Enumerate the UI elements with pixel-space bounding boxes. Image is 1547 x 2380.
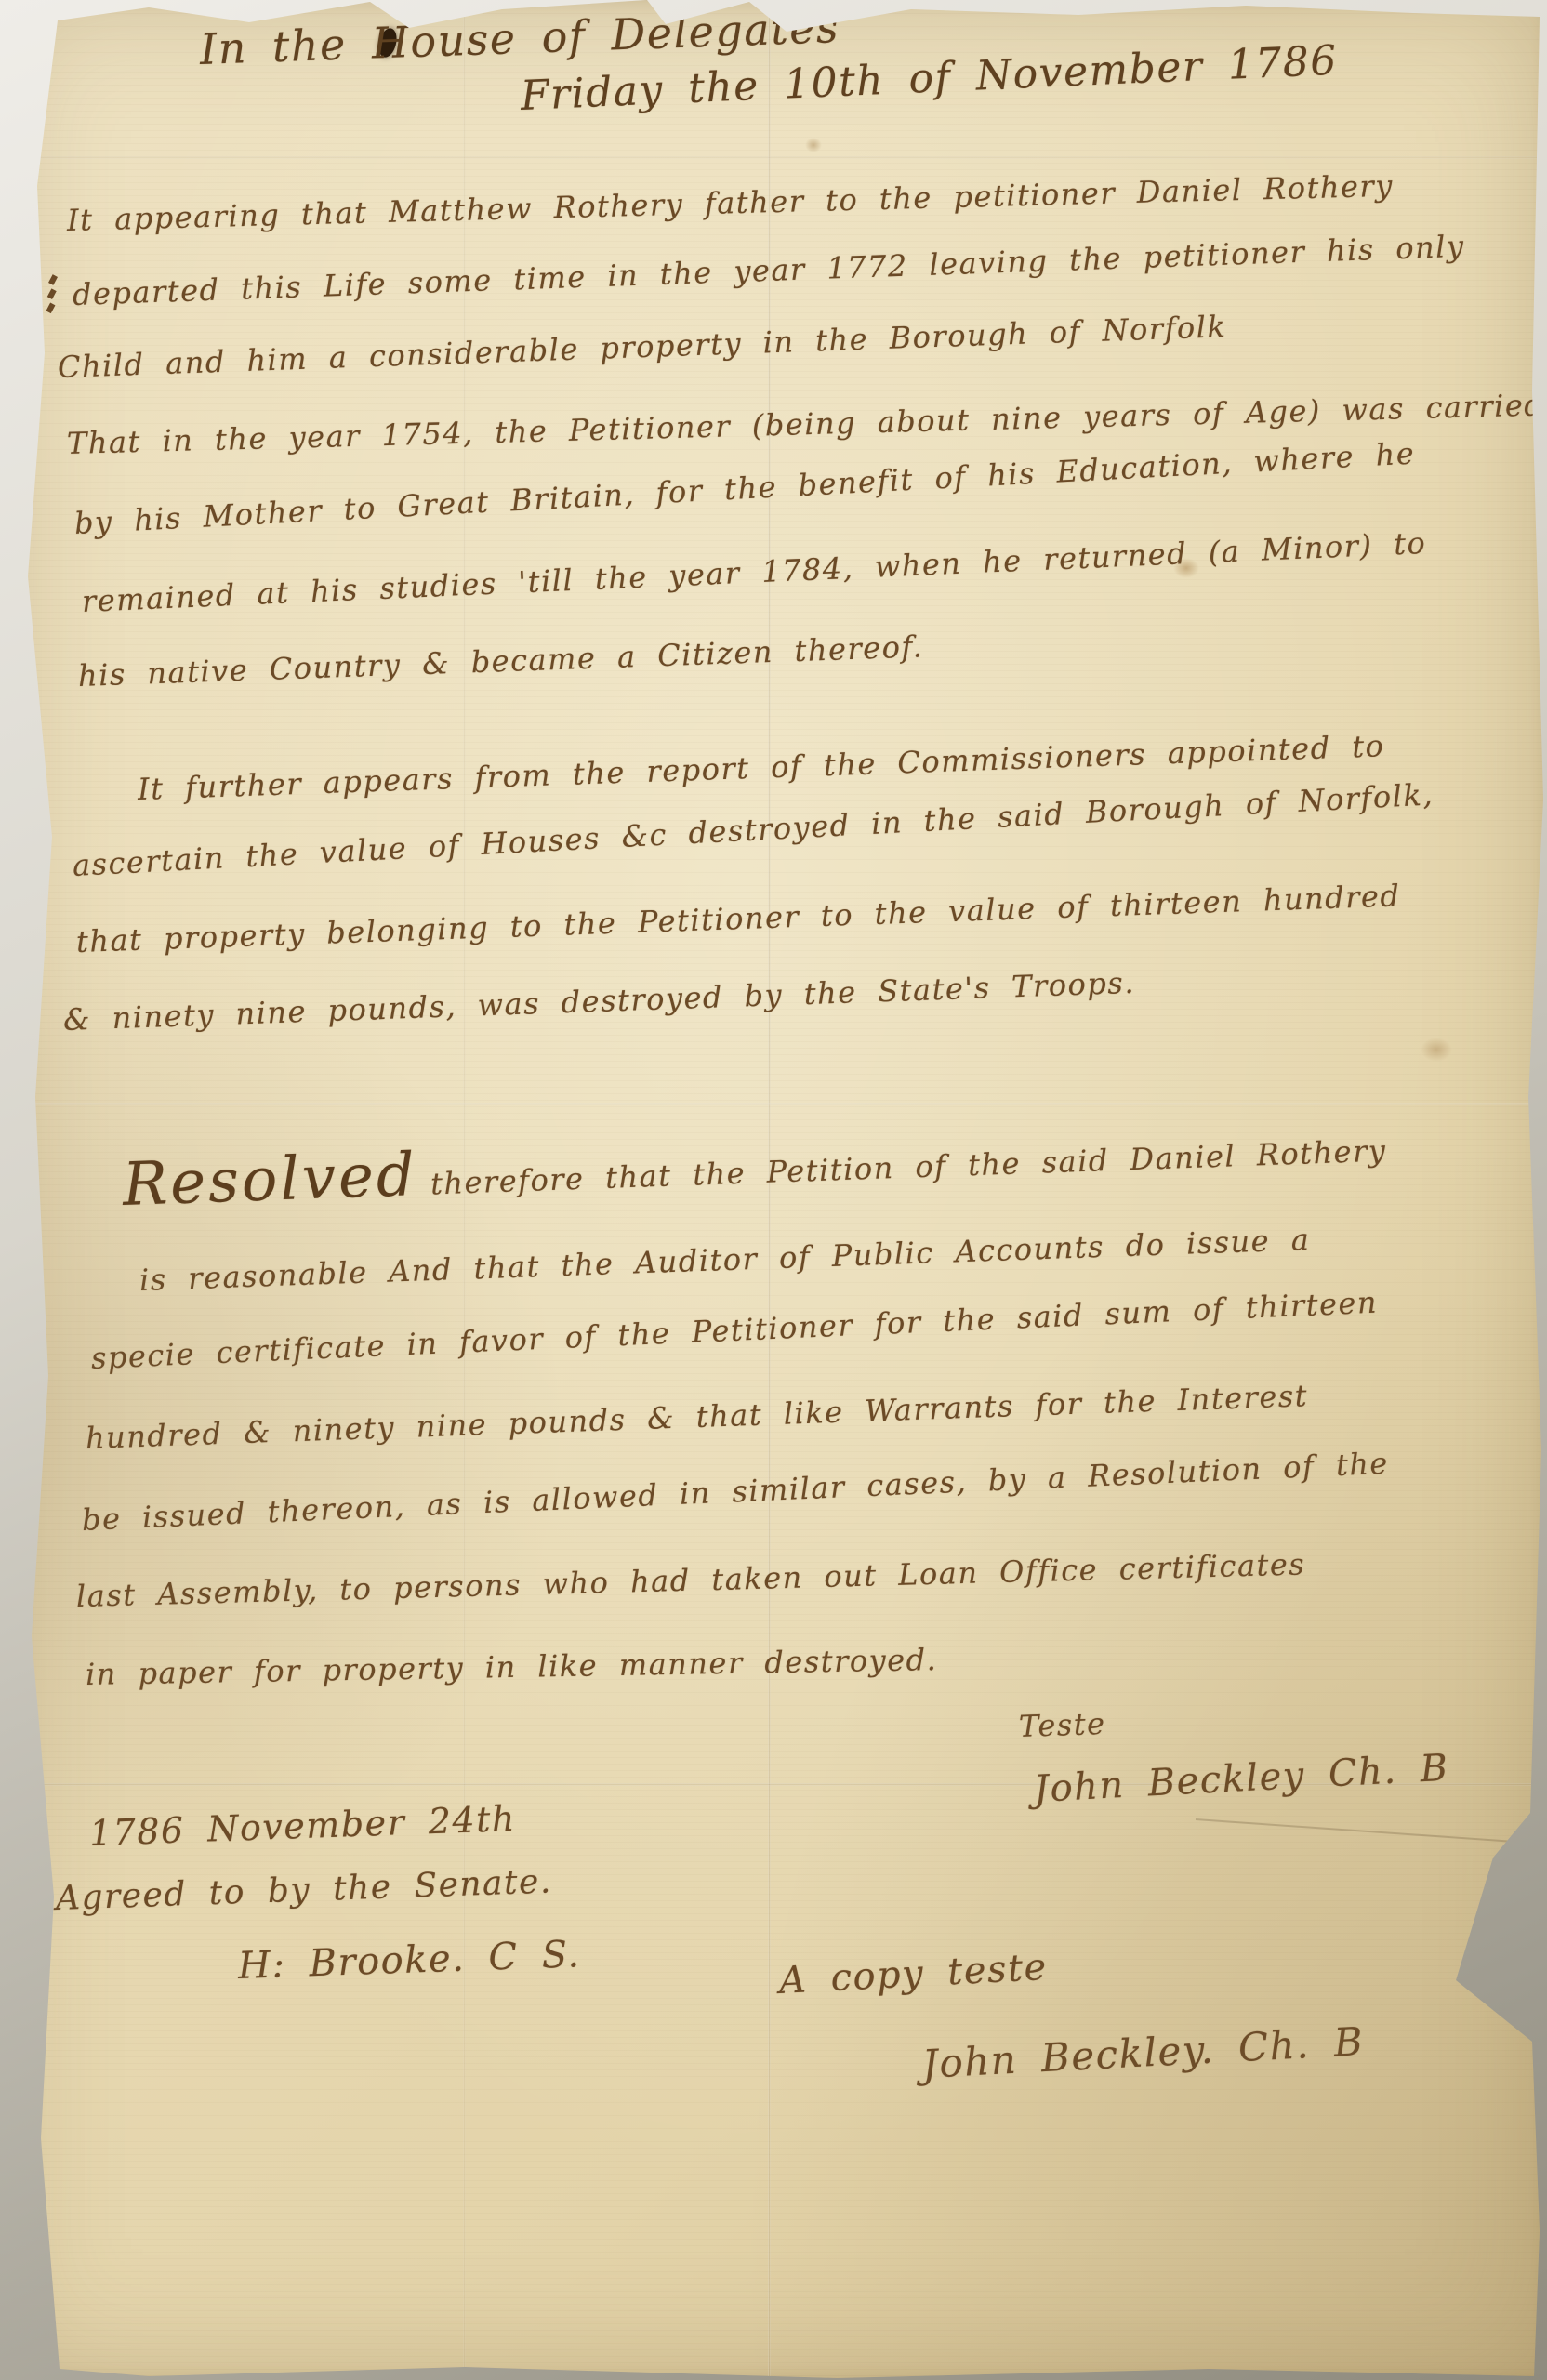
horizontal-fold-crease bbox=[0, 156, 1547, 159]
body-line: remained at his studies 'till the year 1… bbox=[81, 525, 1427, 619]
body-line: specie certificate in favor of the Petit… bbox=[90, 1285, 1379, 1376]
margin-ink-marks bbox=[48, 274, 58, 285]
resolved-rest: therefore that the Petition of the said … bbox=[430, 1133, 1387, 1202]
body-line: in paper for property in like manner des… bbox=[86, 1642, 938, 1692]
body-line: is reasonable And that the Auditor of Pu… bbox=[139, 1222, 1311, 1298]
teste-label: Teste bbox=[1018, 1706, 1106, 1744]
body-line: last Assembly, to persons who had taken … bbox=[76, 1546, 1306, 1614]
resolution-opening-line: Resolvedtherefore that the Petition of t… bbox=[122, 1107, 1388, 1220]
resolved-word: Resolved bbox=[122, 1141, 418, 1220]
body-line: It appearing that Matthew Rothery father… bbox=[67, 168, 1395, 238]
body-line: Child and him a considerable property in… bbox=[57, 309, 1227, 385]
foxing-stain bbox=[805, 138, 822, 152]
copy-teste-label: A copy teste bbox=[778, 1946, 1049, 2003]
horizontal-fold-crease bbox=[0, 1103, 1547, 1105]
diagonal-tear-crease bbox=[1196, 1818, 1547, 1845]
body-line: that property belonging to the Petitione… bbox=[75, 878, 1401, 959]
manuscript-paper: In the House of Delegates Friday the 10t… bbox=[0, 0, 1547, 2380]
senate-date: 1786 November 24th bbox=[88, 1798, 516, 1854]
body-line: hundred & ninety nine pounds & that like… bbox=[85, 1378, 1308, 1456]
copy-clerk-signature: John Beckley. Ch. B bbox=[921, 2018, 1366, 2087]
house-clerk-signature: John Beckley Ch. B bbox=[1033, 1747, 1450, 1811]
body-line: his native Country & became a Citizen th… bbox=[77, 628, 924, 694]
senate-agreed-line: Agreed to by the Senate. bbox=[55, 1862, 552, 1918]
body-line: be issued thereon, as is allowed in simi… bbox=[81, 1446, 1389, 1538]
body-line: & ninety nine pounds, was destroyed by t… bbox=[62, 965, 1135, 1038]
manuscript-photo: { "document": { "header": { "line1": "In… bbox=[0, 0, 1547, 2380]
senate-clerk-signature: H: Brooke. C S. bbox=[237, 1933, 581, 1988]
foxing-stain bbox=[1421, 1038, 1452, 1062]
